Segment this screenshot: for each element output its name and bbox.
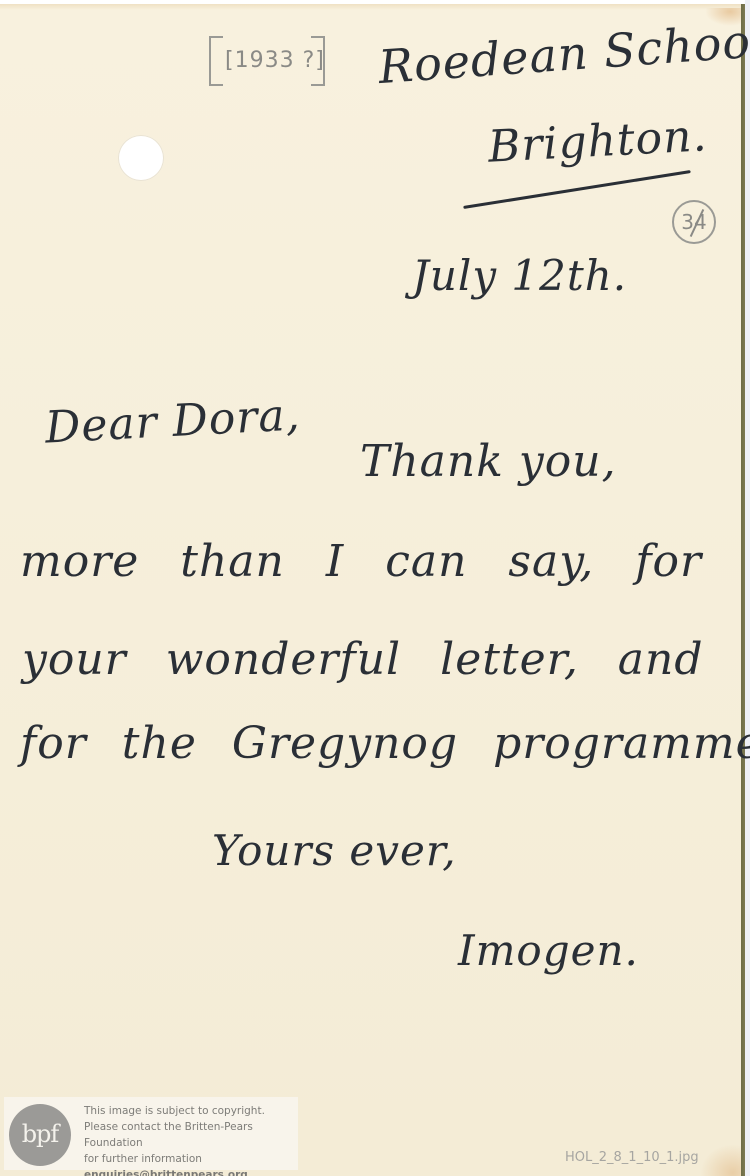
body-line-4: for the Gregynog programmes.: [20, 722, 750, 766]
bpf-logo: bpf: [9, 1104, 71, 1166]
salutation: Dear Dora,: [44, 393, 302, 450]
watermark-text: This image is subject to copyright. Plea…: [84, 1103, 298, 1176]
watermark-line-2: Please contact the Britten-Pears Foundat…: [84, 1119, 298, 1151]
paper-top-edge: [0, 4, 741, 10]
bracket-stroke: [311, 36, 325, 38]
scan-background-strip: [745, 0, 750, 1176]
corner-stain: [700, 1144, 741, 1176]
file-name-label: HOL_2_8_1_10_1.jpg: [565, 1150, 699, 1165]
body-line-2: more than I can say, for: [20, 540, 702, 584]
letter-date: July 12th.: [412, 255, 627, 297]
closing: Yours ever,: [212, 830, 457, 872]
archival-date-note: [1933 ?]: [209, 36, 325, 86]
folio-number-circle: 34: [672, 200, 716, 244]
watermark-line-1: This image is subject to copyright.: [84, 1103, 298, 1119]
signature: Imogen.: [458, 930, 639, 972]
archival-date-text: [1933 ?]: [225, 48, 325, 73]
bpf-logo-text: bpf: [22, 1120, 59, 1148]
bracket-stroke: [311, 84, 325, 86]
body-line-1: Thank you,: [360, 440, 617, 484]
body-line-3: your wonderful letter, and: [22, 638, 704, 682]
watermark-email-link[interactable]: enquiries@brittenpears.org: [84, 1167, 298, 1176]
copyright-watermark: bpf This image is subject to copyright. …: [4, 1097, 298, 1170]
punch-hole: [118, 135, 164, 181]
watermark-line-3: for further information: [84, 1151, 298, 1167]
address-line-2: Brighton.: [487, 114, 708, 169]
